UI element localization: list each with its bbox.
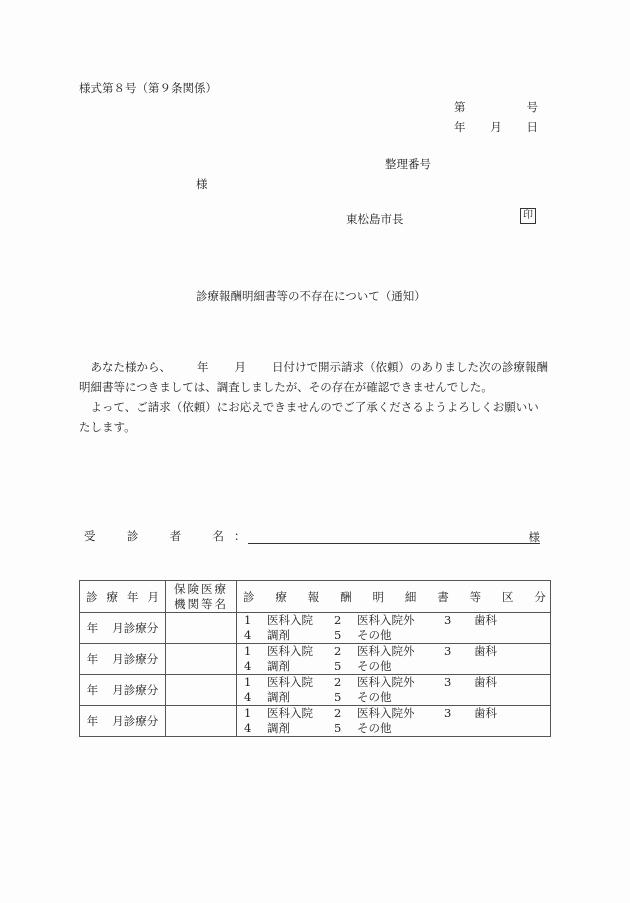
hdr-char: 分 xyxy=(534,589,546,605)
option-label: その他 xyxy=(357,659,392,674)
hdr-char: 療 xyxy=(107,589,119,605)
option-label: 調剤 xyxy=(267,690,334,705)
option-label: 医科入院外 xyxy=(357,706,444,721)
option-label: 医科入院 xyxy=(267,613,334,628)
hdr-char: 療 xyxy=(275,589,287,605)
patient-name-label: 受 診 者 名 xyxy=(84,528,224,544)
institution-cell[interactable] xyxy=(166,644,237,675)
category-cell[interactable]: 1医科入院2医科入院外3歯科 4調剤5その他 xyxy=(237,675,551,706)
month-label: 月診療分 xyxy=(112,683,158,697)
header-statement-category: 診 療 報 酬 明 細 書 等 区 分 xyxy=(237,581,551,613)
option-label: 調剤 xyxy=(267,659,334,674)
label-char: 受 xyxy=(84,528,96,544)
option-number: 1 xyxy=(244,613,267,628)
year-label: 年 xyxy=(87,652,99,666)
option-label: 医科入院 xyxy=(267,644,334,659)
year-label: 年 xyxy=(87,621,99,635)
option-label: 歯科 xyxy=(474,613,497,628)
para1-lead: あなた様から、 xyxy=(91,360,172,374)
year-label: 年 xyxy=(87,714,99,728)
option-number: 5 xyxy=(334,659,357,674)
hdr-char: 等 xyxy=(470,589,482,605)
table-header-row: 診 療 年 月 保険医療 機関等名 診 療 報 酬 明 xyxy=(80,581,551,613)
medical-records-table: 診 療 年 月 保険医療 機関等名 診 療 報 酬 明 xyxy=(79,580,551,737)
hdr-char: 報 xyxy=(308,589,320,605)
patient-name-field: 受 診 者 名 ： 様 xyxy=(84,528,540,544)
patient-name-underline[interactable]: 様 xyxy=(248,530,541,544)
option-label: 調剤 xyxy=(267,721,334,736)
reference-number-label: 整理番号 xyxy=(385,156,431,172)
option-label: 歯科 xyxy=(474,706,497,721)
option-number: 3 xyxy=(444,644,474,659)
option-label: 歯科 xyxy=(474,644,497,659)
option-number: 3 xyxy=(444,706,474,721)
option-label: 医科入院外 xyxy=(357,675,444,690)
option-label: 医科入院 xyxy=(267,706,334,721)
body-paragraph-2: よって、ご請求（依頼）にお応えできませんのでご了承くださるようよろしくお願いいた… xyxy=(79,397,549,437)
body-paragraph-1: あなた様から、年月日付けで開示請求（依頼）のありました次の診療報酬明細書等につき… xyxy=(79,357,549,397)
option-number: 3 xyxy=(444,675,474,690)
para1-year: 年 xyxy=(197,360,209,374)
form-number: 様式第８号（第９条関係） xyxy=(79,80,217,96)
option-number: 5 xyxy=(334,721,357,736)
option-number: 1 xyxy=(244,644,267,659)
hdr-char: 明 xyxy=(373,589,385,605)
option-number: 1 xyxy=(244,706,267,721)
treatment-month-cell[interactable]: 年月診療分 xyxy=(80,613,166,644)
hdr-char: 診 xyxy=(86,589,98,605)
option-number: 2 xyxy=(334,706,357,721)
institution-cell[interactable] xyxy=(166,675,237,706)
header-institution: 保険医療 機関等名 xyxy=(166,581,237,613)
option-number: 5 xyxy=(334,690,357,705)
institution-cell[interactable] xyxy=(166,613,237,644)
option-number: 2 xyxy=(334,644,357,659)
option-number: 3 xyxy=(444,613,474,628)
option-label: 医科入院外 xyxy=(357,644,444,659)
colon: ： xyxy=(234,528,246,544)
option-number: 4 xyxy=(244,628,267,643)
issuer-name: 東松島市長 xyxy=(346,211,404,227)
para1-month: 月 xyxy=(235,360,247,374)
category-cell[interactable]: 1医科入院2医科入院外3歯科 4調剤5その他 xyxy=(237,644,551,675)
table-row: 年月診療分 1医科入院2医科入院外3歯科 4調剤5その他 xyxy=(80,613,551,644)
table-row: 年月診療分 1医科入院2医科入院外3歯科 4調剤5その他 xyxy=(80,644,551,675)
notice-body: あなた様から、年月日付けで開示請求（依頼）のありました次の診療報酬明細書等につき… xyxy=(79,357,549,437)
treatment-month-cell[interactable]: 年月診療分 xyxy=(80,706,166,737)
patient-suffix: 様 xyxy=(529,529,541,545)
hdr-char: 診 xyxy=(243,589,255,605)
category-cell[interactable]: 1医科入院2医科入院外3歯科 4調剤5その他 xyxy=(237,613,551,644)
label-char: 診 xyxy=(127,528,139,544)
year-label: 年 xyxy=(87,683,99,697)
option-number: 2 xyxy=(334,613,357,628)
month-label: 月診療分 xyxy=(112,621,158,635)
document-number: 第 号 xyxy=(454,99,538,115)
doc-number-suffix: 号 xyxy=(527,99,539,115)
option-label: 歯科 xyxy=(474,675,497,690)
date-month: 月 xyxy=(490,119,502,135)
hdr-char: 酬 xyxy=(340,589,352,605)
option-number: 4 xyxy=(244,721,267,736)
table-row: 年月診療分 1医科入院2医科入院外3歯科 4調剤5その他 xyxy=(80,675,551,706)
hdr-line-2: 機関等名 xyxy=(166,597,236,612)
addressee-suffix: 様 xyxy=(196,176,208,192)
label-char: 名 xyxy=(212,528,224,544)
date-year: 年 xyxy=(454,119,466,135)
seal-stamp-box: 印 xyxy=(520,208,536,224)
option-label: 調剤 xyxy=(267,628,334,643)
document-date: 年 月 日 xyxy=(454,119,538,135)
hdr-char: 年 xyxy=(127,589,139,605)
hdr-char: 月 xyxy=(148,589,160,605)
option-label: その他 xyxy=(357,721,392,736)
option-label: 医科入院外 xyxy=(357,613,444,628)
hdr-char: 区 xyxy=(502,589,514,605)
option-number: 1 xyxy=(244,675,267,690)
header-treatment-month: 診 療 年 月 xyxy=(80,581,166,613)
hdr-line-1: 保険医療 xyxy=(166,582,236,597)
hdr-char: 書 xyxy=(437,589,449,605)
table-row: 年月診療分 1医科入院2医科入院外3歯科 4調剤5その他 xyxy=(80,706,551,737)
month-label: 月診療分 xyxy=(112,652,158,666)
hdr-char: 細 xyxy=(405,589,417,605)
option-label: 医科入院 xyxy=(267,675,334,690)
institution-cell[interactable] xyxy=(166,706,237,737)
option-number: 4 xyxy=(244,690,267,705)
document-subject: 診療報酬明細書等の不存在について（通知） xyxy=(196,288,426,304)
date-day: 日 xyxy=(527,119,539,135)
treatment-month-cell[interactable]: 年月診療分 xyxy=(80,644,166,675)
doc-number-prefix: 第 xyxy=(454,99,466,115)
month-label: 月診療分 xyxy=(112,714,158,728)
option-number: 2 xyxy=(334,675,357,690)
category-cell[interactable]: 1医科入院2医科入院外3歯科 4調剤5その他 xyxy=(237,706,551,737)
option-label: その他 xyxy=(357,690,392,705)
option-number: 4 xyxy=(244,659,267,674)
treatment-month-cell[interactable]: 年月診療分 xyxy=(80,675,166,706)
label-char: 者 xyxy=(170,528,182,544)
option-label: その他 xyxy=(357,628,392,643)
option-number: 5 xyxy=(334,628,357,643)
